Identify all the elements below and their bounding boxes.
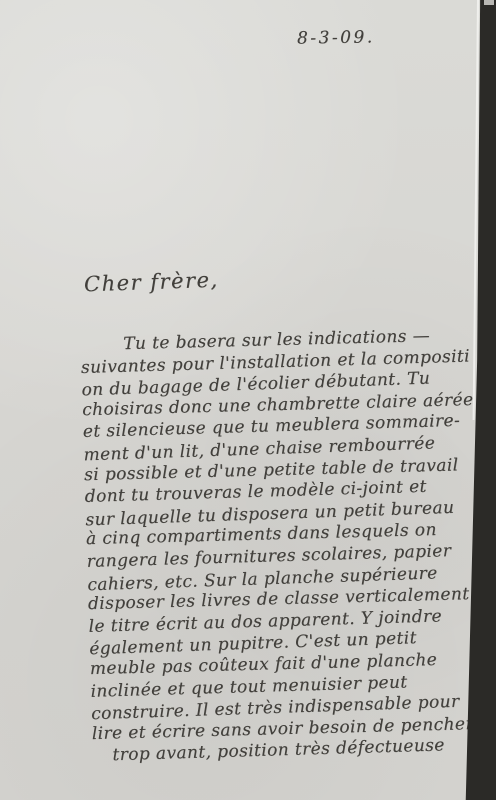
letter-date: 8-3-09.: [297, 27, 375, 48]
paper-corner-notch: [484, 0, 494, 5]
letter-salutation: Cher frère,: [84, 268, 219, 297]
letter-body: Tu te basera sur les indications —suivan…: [80, 324, 496, 768]
scanned-letter-photo: 8-3-09. Cher frère, Tu te basera sur les…: [0, 0, 496, 800]
